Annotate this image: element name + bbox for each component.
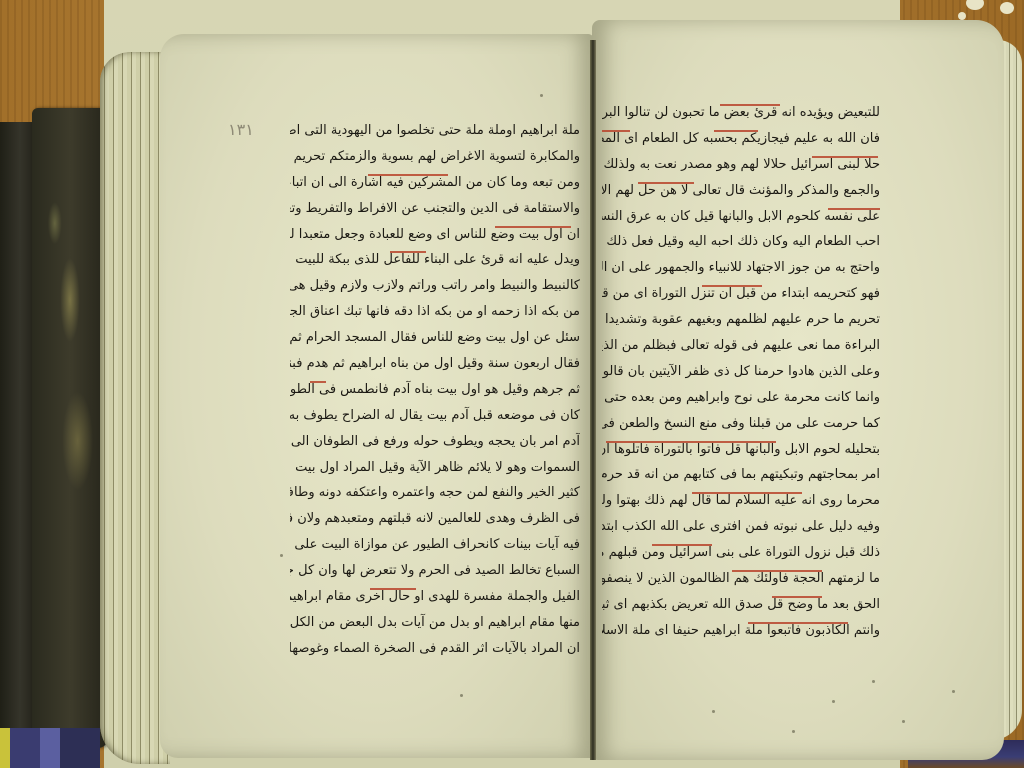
rubrication-line xyxy=(602,130,630,132)
text-line: كما حرمت على من قبلنا وفى منع النسخ والط… xyxy=(602,411,880,437)
text-line: فيه آيات بينات كانحراف الطيور عن موازاة … xyxy=(290,532,580,558)
text-line: وانما كانت محرمة على نوح وابراهيم ومن بع… xyxy=(602,385,880,411)
text-line: البراءة مما نعى عليهم فى قوله تعالى فبظل… xyxy=(602,333,880,359)
text-line: فهو كتحريمه ابتداء من قبل ان تنزل التورا… xyxy=(602,281,880,307)
folio-number: ١٣١ xyxy=(228,120,254,139)
text-line: حلا لبنى اسرائيل حلالا لهم وهو مصدر نعت … xyxy=(602,152,880,178)
text-line-content: ما لزمتهم الحجة فاولئك هم الظالمون الذين… xyxy=(602,571,880,586)
rubrication-line xyxy=(772,596,822,598)
text-line: وفيه دليل على نبوته فمن افترى على الله ا… xyxy=(602,514,880,540)
text-line: كان فى موضعه قبل آدم بيت يقال له الضراح … xyxy=(290,403,580,429)
rubrication-line xyxy=(390,251,426,253)
text-line-content: فهو كتحريمه ابتداء من قبل ان تنزل التورا… xyxy=(602,286,880,301)
text-line-content: للتبعيض ويؤيده انه قرئ بعض ما تحبون لن ت… xyxy=(602,105,880,120)
text-line-content: حلا لبنى اسرائيل حلالا لهم وهو مصدر نعت … xyxy=(602,157,880,172)
text-line-content: الحق بعد ما وضح قل صدق الله تعريض بكذبهم… xyxy=(602,597,880,612)
text-line: كالنبيط والنبيط وامر راتب وراتم ولازب ول… xyxy=(290,273,580,299)
text-line: واحتج به من جوز الاجتهاد للانبياء والجمه… xyxy=(602,255,880,281)
leather-cover-flap xyxy=(32,108,108,748)
text-line: ثم جرهم وقيل هو اول بيت بناه آدم فانطمس … xyxy=(290,377,580,403)
text-line: السباع تخالط الصيد فى الحرم ولا تتعرض له… xyxy=(290,558,580,584)
rubrication-line xyxy=(748,622,848,624)
text-line: للتبعيض ويؤيده انه قرئ بعض ما تحبون لن ت… xyxy=(602,100,880,126)
text-line: على نفسه كلحوم الابل والبانها قيل كان به… xyxy=(602,204,880,230)
rubrication-line xyxy=(714,130,758,132)
text-line: الفيل والجملة مفسرة للهدى او حال اخرى مق… xyxy=(290,584,580,610)
text-line-content: فان الله به عليم فيجازيكم بحسبه كل الطعا… xyxy=(602,131,880,146)
rubrication-line xyxy=(368,174,448,176)
rubrication-line xyxy=(310,381,326,383)
rubrication-line xyxy=(606,441,776,443)
rubrication-line xyxy=(370,588,416,590)
rubrication-line xyxy=(638,182,694,184)
text-line: فى الظرف وهدى للعالمين لانه قبلتهم ومتعب… xyxy=(290,506,580,532)
text-line-content: ومن تبعه وما كان من المشركين فيه اشارة ا… xyxy=(290,175,580,190)
rubrication-line xyxy=(692,492,802,494)
text-line-content: محرما روى انه عليه السلام لما قال لهم ذل… xyxy=(602,493,880,508)
text-line-content: بتحليله لحوم الابل والبانها قل فاتوا بال… xyxy=(602,442,880,457)
text-line: احب الطعام اليه وكان ذلك احبه اليه وقيل … xyxy=(602,229,880,255)
right-page-text: للتبعيض ويؤيده انه قرئ بعض ما تحبون لن ت… xyxy=(602,100,880,644)
book-gutter xyxy=(590,40,596,760)
text-line: من بكه اذا زحمه او من بكه اذا دقه فانها … xyxy=(290,299,580,325)
text-line: ان المراد بالآيات اثر القدم فى الصخرة ال… xyxy=(290,636,580,662)
text-line: فقال اربعون سنة وقيل اول من بناه ابراهيم… xyxy=(290,351,580,377)
text-line: بتحليله لحوم الابل والبانها قل فاتوا بال… xyxy=(602,437,880,463)
rubrication-line xyxy=(828,208,880,210)
rubrication-line xyxy=(495,226,571,228)
text-line: والمكابرة لتسوية الاغراض لهم بسوية والزم… xyxy=(290,144,580,170)
text-line-content: على نفسه كلحوم الابل والبانها قيل كان به… xyxy=(602,209,880,224)
other-book-spines xyxy=(0,728,100,768)
left-page-text: ملة ابراهيم اوملة ملة حتى تخلصوا من اليه… xyxy=(290,118,580,662)
text-line: سئل عن اول بيت وضع للناس فقال المسجد الح… xyxy=(290,325,580,351)
text-line: كثير الخير والنفع لمن حجه واعتمره واعتكف… xyxy=(290,480,580,506)
text-line: السموات وهو لا يلائم ظاهر الآية وقيل الم… xyxy=(290,455,580,481)
text-line: فان الله به عليم فيجازيكم بحسبه كل الطعا… xyxy=(602,126,880,152)
rubrication-line xyxy=(812,156,878,158)
rubrication-line xyxy=(652,544,712,546)
text-line-content: ثم جرهم وقيل هو اول بيت بناه آدم فانطمس … xyxy=(290,382,580,397)
text-line: امر بمحاجتهم وتبكيتهم بما فى كتابهم من ا… xyxy=(602,462,880,488)
text-line-content: ذلك قبل نزول التوراة على بنى اسرائيل ومن… xyxy=(602,545,880,560)
text-line-content: ويدل عليه انه قرئ على البناء للفاعل للذى… xyxy=(290,252,580,267)
text-line-content: الفيل والجملة مفسرة للهدى او حال اخرى مق… xyxy=(290,589,580,604)
text-line-content: ان اول بيت وضع للناس اى وضع للعبادة وجعل… xyxy=(290,227,580,242)
text-line: وانتم الكاذبون فاتبعوا ملة ابراهيم حنيفا… xyxy=(602,618,880,644)
text-line: ملة ابراهيم اوملة ملة حتى تخلصوا من اليه… xyxy=(290,118,580,144)
text-line: منها مقام ابراهيم او بدل من آيات بدل الب… xyxy=(290,610,580,636)
text-line: آدم امر بان يحجه ويطوف حوله ورفع فى الطو… xyxy=(290,429,580,455)
text-line: الحق بعد ما وضح قل صدق الله تعريض بكذبهم… xyxy=(602,592,880,618)
text-line: والاستقامة فى الدين والتجنب عن الافراط و… xyxy=(290,196,580,222)
text-line: تحريم ما حرم عليهم لظلمهم وبغيهم عقوبة و… xyxy=(602,307,880,333)
text-line-content: والجمع والمذكر والمؤنث قال تعالى لا هن ح… xyxy=(602,183,880,198)
rubrication-line xyxy=(720,104,780,106)
text-line: ومن تبعه وما كان من المشركين فيه اشارة ا… xyxy=(290,170,580,196)
text-line: ويدل عليه انه قرئ على البناء للفاعل للذى… xyxy=(290,247,580,273)
text-line: وعلى الذين هادوا حرمنا كل ذى ظفر الآيتين… xyxy=(602,359,880,385)
rubrication-line xyxy=(702,285,762,287)
text-line: ان اول بيت وضع للناس اى وضع للعبادة وجعل… xyxy=(290,222,580,248)
text-line: والجمع والمذكر والمؤنث قال تعالى لا هن ح… xyxy=(602,178,880,204)
text-line-content: وانتم الكاذبون فاتبعوا ملة ابراهيم حنيفا… xyxy=(602,623,880,638)
text-line: ذلك قبل نزول التوراة على بنى اسرائيل ومن… xyxy=(602,540,880,566)
text-line: ما لزمتهم الحجة فاولئك هم الظالمون الذين… xyxy=(602,566,880,592)
text-line: محرما روى انه عليه السلام لما قال لهم ذل… xyxy=(602,488,880,514)
rubrication-line xyxy=(732,570,822,572)
